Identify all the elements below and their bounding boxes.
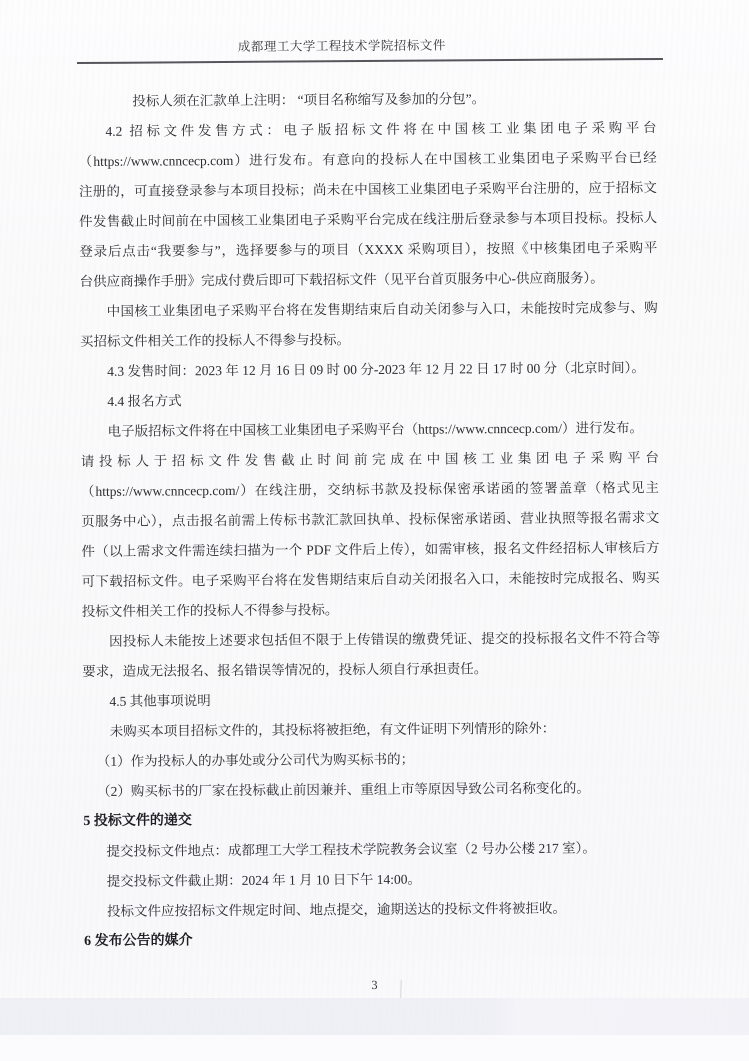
text-line: （2）购买标书的厂家在投标截止前因兼并、重组上市等原因导致公司名称变化的。 [83,773,661,807]
text-line: 中国核工业集团电子采购平台将在发售期结束后自动关闭参与入口，未能按时完成参与、购 [80,293,658,327]
text-line: 电子版招标文件将在中国核工业集团电子采购平台（https://www.cnnce… [80,413,658,447]
text-line: 买招标文件相关工作的投标人不得参与投标。 [80,323,658,357]
text-line: 提交投标文件截止期：2024 年 1 月 10 日下午 14:00。 [84,863,662,897]
text-line: 要求，造成无法报名、报名错误等情况的，投标人须自行承担责任。 [82,653,660,687]
text-line: 未购买本项目招标文件的，其投标将被拒绝，有文件证明下列情形的除外： [83,713,661,747]
text-line: 因投标人未能按上述要求包括但不限于上传错误的缴费凭证、提交的投标报名文件不符合等 [82,623,660,657]
text-line: 投标文件应按招标文件规定时间、地点提交，逾期送达的投标文件将被拒收。 [84,893,662,927]
page-number: 3 [346,978,402,993]
text-line: （https://www.cnncecp.com）进行发布。有意向的投标人在中国… [79,143,657,177]
text-line: 投标文件相关工作的投标人不得参与投标。 [82,593,660,627]
text-line: 登录后点击“我要参与”，选择要参与的项目（XXXX 采购项目），按照《中核集团电… [79,233,657,267]
text-line: 件（以上需求文件需连续扫描为一个 PDF 文件后上传），如需审核，报名文件经招标… [81,533,659,567]
text-line: 台供应商操作手册》完成付费后即可下载招标文件（见平台首页服务中心-供应商服务）。 [79,263,657,297]
section-heading: 6 发布公告的媒介 [84,923,662,957]
scanned-document-page: 成都理工大学工程技术学院招标文件 投标人须在汇款单上注明： “项目名称缩写及参加… [0,0,749,1061]
text-line: 4.4 报名方式 [80,383,658,417]
header-rule [77,58,663,64]
text-line: 请投标人于招标文件发售截止时间前完成在中国核工业集团电子采购平台 [81,443,659,477]
text-line: 注册的，可直接登录参与本项目投标；尚未在中国核工业集团电子采购平台注册的，应于招… [79,173,657,207]
section-heading: 5 投标文件的递交 [83,803,661,837]
text-line: 件发售截止时间前在中国核工业集团电子采购平台完成在线注册后登录参与本项目投标。投… [79,203,657,237]
text-line: 4.2 招标文件发售方式：电子版招标文件将在中国核工业集团电子采购平台 [78,113,656,147]
text-line: 页服务中心），点击报名前需上传标书款汇款回执单、投标保密承诺函、营业执照等报名需… [81,503,659,537]
text-line: （1）作为投标人的办事处或分公司代为购买标书的； [83,743,661,777]
document-body: 投标人须在汇款单上注明： “项目名称缩写及参加的分包”。4.2 招标文件发售方式… [78,83,662,957]
text-line: 可下载招标文件。电子采购平台将在发售期结束后自动关闭报名入口，未能按时完成报名、… [82,563,660,597]
text-line: 4.3 发售时间：2023 年 12 月 16 日 09 时 00 分-2023… [80,353,658,387]
text-line: （https://www.cnncecp.com/）在线注册，交纳标书款及投标保… [81,473,659,507]
text-line: 4.5 其他事项说明 [82,683,660,717]
text-line: 投标人须在汇款单上注明： “项目名称缩写及参加的分包”。 [78,83,656,117]
page-content: 成都理工大学工程技术学院招标文件 投标人须在汇款单上注明： “项目名称缩写及参加… [0,0,749,1061]
text-line: 提交投标文件地点：成都理工大学工程技术学院教务会议室（2 号办公楼 217 室）… [83,833,661,867]
page-header-title: 成都理工大学工程技术学院招标文件 [238,35,446,54]
